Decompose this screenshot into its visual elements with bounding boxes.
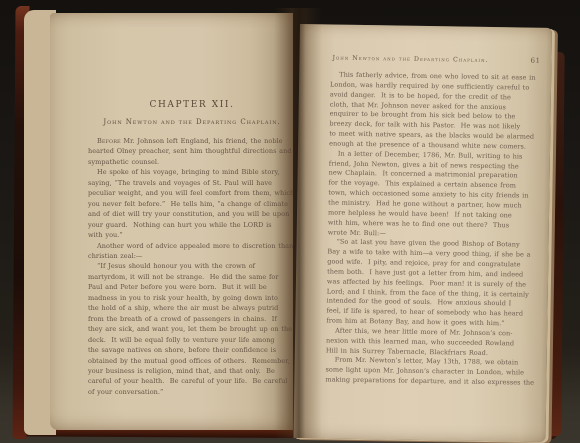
paragraph: From Mr. Newton’s letter, May 13th, 1788… — [325, 356, 539, 389]
paragraph: After this, we hear little more of Mr. J… — [326, 326, 540, 359]
paragraph: “If Jesus should honour you with the cro… — [88, 261, 293, 397]
paragraph: He spoke of his voyage, bringing to mind… — [88, 167, 293, 240]
right-page-text-block: John Newton and the Departing Chaplain. … — [325, 53, 544, 388]
chapter-section-title: John Newton and the Departing Chaplain. — [88, 118, 293, 126]
left-page-text-block: CHAPTER XII. John Newton and the Departi… — [88, 100, 293, 397]
paragraph: This fatherly advice, from one who loved… — [329, 70, 544, 152]
running-header: John Newton and the Departing Chaplain. — [332, 55, 488, 64]
paragraph: In a letter of December, 1786, Mr. Bull,… — [328, 149, 543, 241]
paragraph: “So at last you have given the good Bish… — [326, 238, 541, 330]
running-header-row: John Newton and the Departing Chaplain. … — [332, 54, 540, 65]
left-page: CHAPTER XII. John Newton and the Departi… — [50, 13, 293, 430]
page-number: 61 — [530, 57, 540, 65]
chapter-heading: CHAPTER XII. — [88, 100, 293, 110]
paragraph: Before Mr. Johnson left England, his fri… — [88, 136, 293, 167]
paragraph-lead-word: Before — [97, 137, 121, 145]
right-page: John Newton and the Departing Chaplain. … — [293, 24, 551, 442]
paragraph: Another word of advice appealed more to … — [88, 241, 293, 262]
open-book-photo: CHAPTER XII. John Newton and the Departi… — [0, 0, 580, 443]
